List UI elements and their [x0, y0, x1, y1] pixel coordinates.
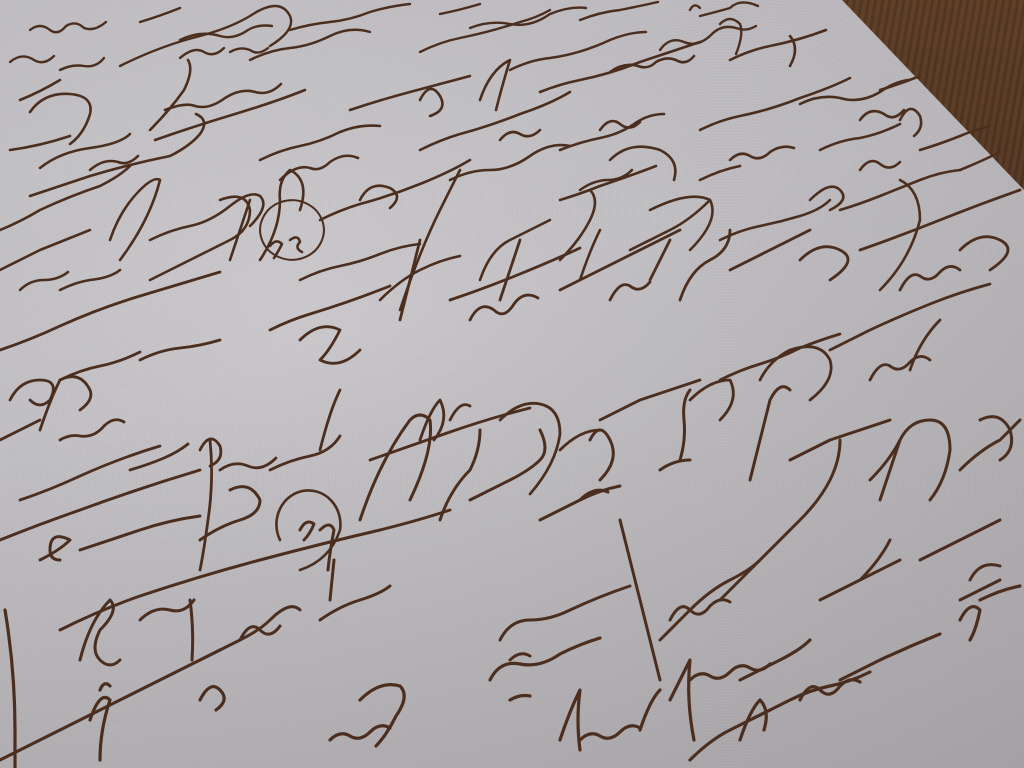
handwriting-line-10 [60, 440, 1000, 665]
handwriting-line-7 [0, 190, 1020, 405]
handwriting-line-4 [10, 76, 921, 196]
handwriting-line-9 [0, 387, 1020, 680]
handwriting-ink [0, 0, 1024, 768]
handwriting-line-1 [30, 2, 758, 53]
handwriting-line-6 [0, 152, 1000, 310]
handwriting-line-11 [0, 586, 1020, 768]
photo-scene: cursive secretary hand … now … … en una … [0, 0, 1024, 768]
